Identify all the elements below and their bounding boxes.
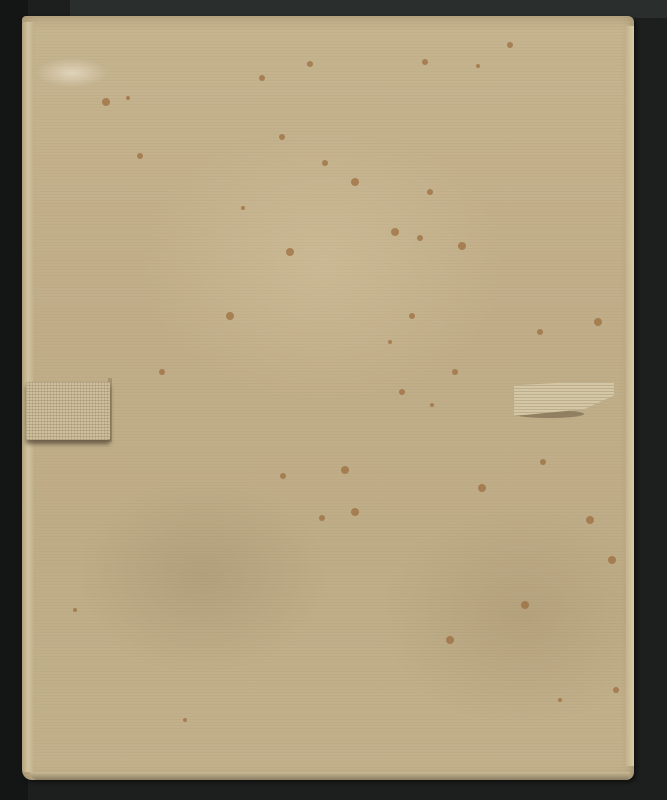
foxing-spot <box>73 608 77 612</box>
foxing-spot <box>476 64 480 68</box>
foxing-spot <box>341 466 349 474</box>
bottom-edge <box>30 772 630 780</box>
foxing-spot <box>427 189 433 195</box>
foxing-spot <box>319 515 325 521</box>
foxing-spot <box>409 313 415 319</box>
foxing-spot <box>279 134 285 140</box>
foxing-spot <box>137 153 143 159</box>
foxing-spot <box>594 318 602 326</box>
foxing-spot <box>430 403 434 407</box>
foxing-spot <box>458 242 466 250</box>
foxing-spot <box>417 235 423 241</box>
foxing-spot <box>558 698 562 702</box>
foxing-spot <box>322 160 328 166</box>
foxing-spot <box>102 98 110 106</box>
foxing-spot <box>452 369 458 375</box>
foxing-spot <box>391 228 399 236</box>
foxing-spot <box>280 473 286 479</box>
foxing-spot <box>537 329 543 335</box>
foxing-spot <box>159 369 165 375</box>
foxing-spot <box>399 389 405 395</box>
left-cloth-tie <box>26 382 110 440</box>
foxing-spot <box>241 206 245 210</box>
foxing-spot <box>388 340 392 344</box>
foxing-spot <box>422 59 428 65</box>
fore-edge <box>626 26 634 766</box>
foxing-spot <box>259 75 265 81</box>
foxing-spot <box>540 459 546 465</box>
foxing-spot <box>351 178 359 186</box>
foxing-spot <box>446 636 454 644</box>
foxing-spot <box>608 556 616 564</box>
foxing-spot <box>478 484 486 492</box>
foxing-spot <box>613 687 619 693</box>
foxing-spot <box>307 61 313 67</box>
foxing-spot <box>226 312 234 320</box>
foxing-spot <box>351 508 359 516</box>
foxing-spot <box>521 601 529 609</box>
light-glare <box>36 58 108 88</box>
foxing-spot <box>126 96 130 100</box>
foxing-spot <box>586 516 594 524</box>
foxing-spot <box>286 248 294 256</box>
foxing-spot <box>183 718 187 722</box>
foxing-spot <box>507 42 513 48</box>
